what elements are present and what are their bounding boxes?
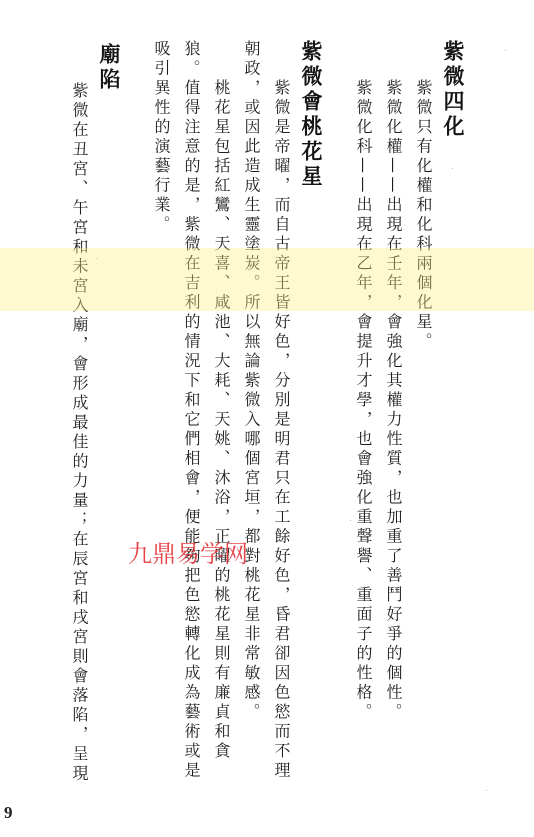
text-column: 紫微化科——出現在乙年，會提升才學，也會強化重聲譽、重面子的性格。 <box>348 40 378 820</box>
page-number: 9 <box>4 803 13 823</box>
scan-speck <box>505 50 506 51</box>
section-peach-blossom-stars: 紫微會桃花星 紫微是帝曜，而自古帝王皆好色，分別是明君只在工餘好色，昏君卻因色慾… <box>146 40 326 820</box>
text-column: 朝政，或因此造成生靈塗炭。所以無論紫微入哪個宮垣，都對桃花星非常敏感。 <box>236 40 266 820</box>
scan-speck <box>486 790 487 791</box>
book-page: 紫微四化 紫微只有化權和化科兩個化星。 紫微化權——出現在壬年，會強化其權力性質… <box>0 0 534 837</box>
text-column: 紫微在丑宮、午宮和未宮入廟，會形成最佳的力量；在辰宮和戌宮則會落陷，呈現 <box>64 43 94 820</box>
section-temple-fall: 廟陷 紫微在丑宮、午宮和未宮入廟，會形成最佳的力量；在辰宮和戌宮則會落陷，呈現 <box>64 40 124 820</box>
scan-speck <box>96 258 97 259</box>
text-column: 紫微化權——出現在壬年，會強化其權力性質，也加重了善鬥好爭的個性。 <box>378 40 408 820</box>
text-column: 桃花星包括紅鸞、天喜、咸池、大耗、天姚、沐浴，正曜的桃花星則有廉貞和貪 <box>206 40 236 820</box>
section-heading: 廟陷 <box>94 43 124 820</box>
section-heading: 紫微會桃花星 <box>296 40 326 820</box>
section-four-transformations: 紫微四化 紫微只有化權和化科兩個化星。 紫微化權——出現在壬年，會強化其權力性質… <box>348 40 468 820</box>
text-column: 紫微是帝曜，而自古帝王皆好色，分別是明君只在工餘好色，昏君卻因色慾而不理 <box>266 40 296 820</box>
text-column: 紫微只有化權和化科兩個化星。 <box>408 40 438 820</box>
section-heading: 紫微四化 <box>438 40 468 820</box>
text-column: 吸引異性的演藝行業。 <box>146 40 176 820</box>
scan-speck <box>350 520 351 521</box>
vertical-text-body: 紫微四化 紫微只有化權和化科兩個化星。 紫微化權——出現在壬年，會強化其權力性質… <box>64 40 468 820</box>
scan-speck <box>452 168 453 169</box>
text-column: 狼。值得注意的是，紫微在吉利的情況下和它們相會，便能夠把色慾轉化成為藝術或是 <box>176 40 206 820</box>
